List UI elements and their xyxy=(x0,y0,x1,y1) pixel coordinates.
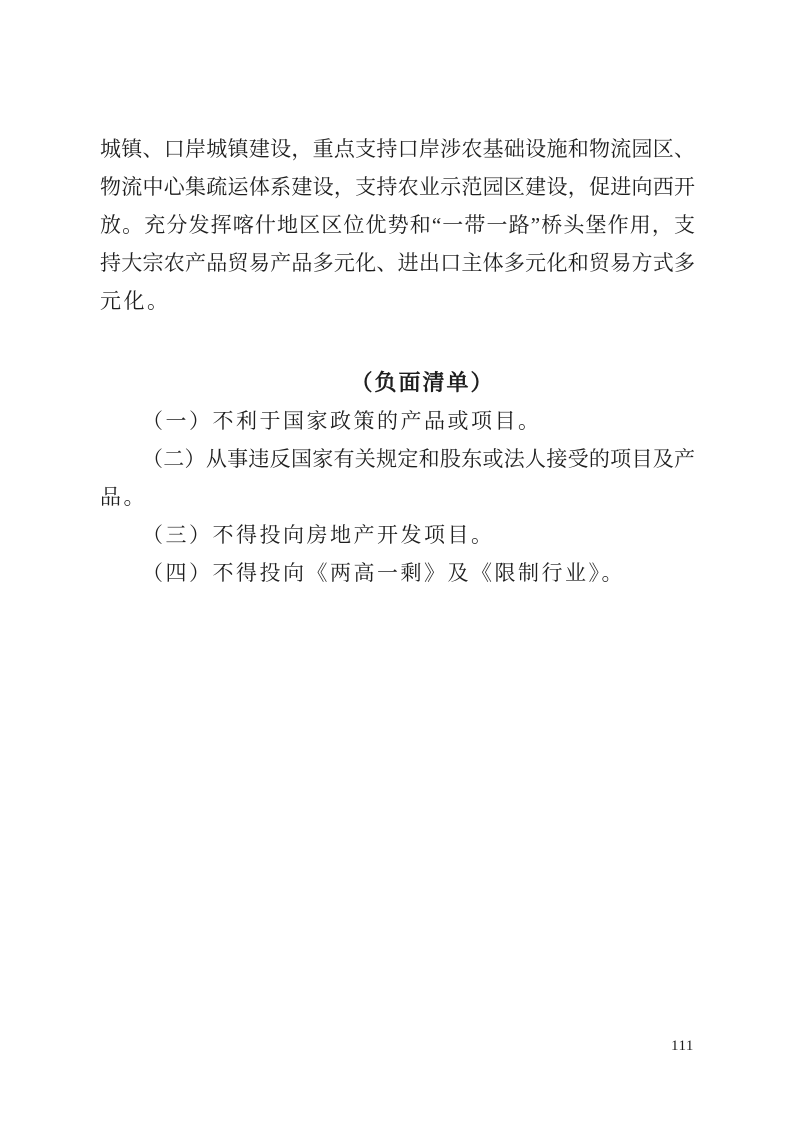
list-item-1: （一）不利于国家政策的产品或项目。 xyxy=(100,402,695,440)
paragraph-line: 物流中心集疏运体系建设，支持农业示范园区建设，促进向西开 xyxy=(100,168,695,206)
negative-list: （一）不利于国家政策的产品或项目。 （二）从事违反国家有关规定和股东或法人接受的… xyxy=(100,402,695,592)
paragraph-line: 持大宗农产品贸易产品多元化、进出口主体多元化和贸易方式多 xyxy=(100,244,695,282)
list-item-2-line-2: 品。 xyxy=(100,478,695,516)
paragraph-line: 元化。 xyxy=(100,282,695,320)
list-item-2-line-1: （二）从事违反国家有关规定和股东或法人接受的项目及产 xyxy=(100,440,695,478)
paragraph-line: 城镇、口岸城镇建设，重点支持口岸涉农基础设施和物流园区、 xyxy=(100,130,695,168)
list-item-3: （三）不得投向房地产开发项目。 xyxy=(100,516,695,554)
text-column: 城镇、口岸城镇建设，重点支持口岸涉农基础设施和物流园区、 物流中心集疏运体系建设… xyxy=(100,130,695,592)
section-heading: （负面清单） xyxy=(125,364,720,402)
list-item-4: （四）不得投向《两高一剩》及《限制行业》。 xyxy=(100,554,695,592)
paragraph-line: 放。充分发挥喀什地区区位优势和“一带一路”桥头堡作用，支 xyxy=(100,206,695,244)
opening-paragraph: 城镇、口岸城镇建设，重点支持口岸涉农基础设施和物流园区、 物流中心集疏运体系建设… xyxy=(100,130,695,320)
page-number: 111 xyxy=(671,1037,694,1055)
document-page: 城镇、口岸城镇建设，重点支持口岸涉农基础设施和物流园区、 物流中心集疏运体系建设… xyxy=(0,0,793,1122)
